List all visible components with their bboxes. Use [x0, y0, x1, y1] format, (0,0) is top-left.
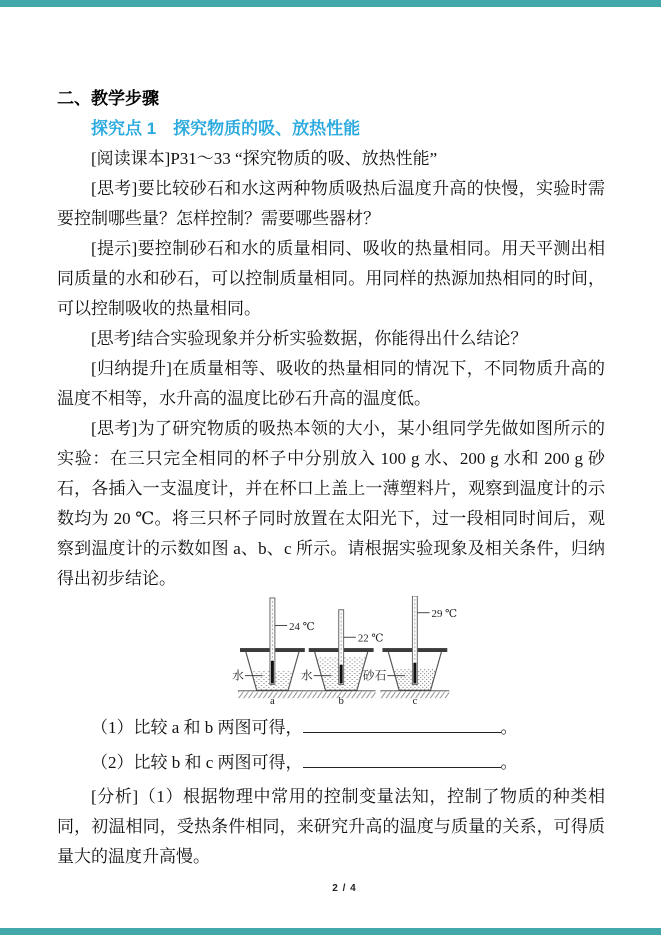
paragraph-think-1: [思考]要比较砂石和水这两种物质吸热后温度升高的快慢，实验时需要控制哪些量？怎样…	[57, 174, 605, 234]
cup-figure-a: 24 ℃ 水 a	[232, 598, 315, 707]
temperature-label: 29 ℃	[432, 608, 458, 620]
answer-blank-line	[303, 718, 501, 733]
substance-label: 砂石	[363, 669, 387, 683]
paragraph-think-2: [思考]结合实验现象并分析实验数据，你能得出什么结论？	[57, 324, 605, 354]
temperature-label: 22 ℃	[358, 633, 384, 645]
question-prefix: （2）比较 b 和 c 两图可得，	[91, 753, 303, 772]
topic-heading: 探究点 1 探究物质的吸、放热性能	[57, 114, 605, 144]
question-line-1: （1）比较 a 和 b 两图可得，。	[57, 713, 605, 743]
temperature-label: 24 ℃	[289, 621, 315, 633]
page-number: 2 / 4	[0, 883, 661, 894]
paragraph-analysis: [分析]（1）根据物理中常用的控制变量法知，控制了物质的种类相同，初温相同，受热…	[57, 782, 605, 872]
substance-label: 水	[232, 669, 244, 683]
substance-label: 水	[301, 669, 313, 683]
experiment-figure: 24 ℃ 水 a 22 ℃ 水 b	[225, 596, 605, 708]
cup-letter-label: b	[338, 695, 343, 707]
answer-blank-line	[303, 753, 501, 768]
three-cups-diagram: 24 ℃ 水 a 22 ℃ 水 b	[225, 596, 477, 708]
question-suffix: 。	[501, 718, 518, 737]
paragraph-reading: [阅读课本]P31～33 “探究物质的吸、放热性能”	[57, 144, 605, 174]
bottom-accent-bar	[0, 928, 661, 935]
question-prefix: （1）比较 a 和 b 两图可得，	[91, 718, 303, 737]
question-suffix: 。	[501, 753, 518, 772]
cup-letter-label: a	[270, 695, 275, 707]
paragraph-summary: [归纳提升]在质量相等、吸收的热量相同的情况下，不同物质升高的温度不相等，水升高…	[57, 354, 605, 414]
paragraph-think-3: [思考]为了研究物质的吸热本领的大小，某小组同学先做如图所示的实验：在三只完全相…	[57, 414, 605, 594]
question-line-2: （2）比较 b 和 c 两图可得，。	[57, 748, 605, 778]
cup-figure-c: 29 ℃ 砂石 c	[363, 596, 457, 707]
section-heading: 二、教学步骤	[57, 84, 605, 114]
document-page: 二、教学步骤 探究点 1 探究物质的吸、放热性能 [阅读课本]P31～33 “探…	[0, 0, 661, 935]
paragraph-hint: [提示]要控制砂石和水的质量相同、吸收的热量相同。用天平测出相同质量的水和砂石，…	[57, 234, 605, 324]
cup-letter-label: c	[412, 695, 417, 707]
